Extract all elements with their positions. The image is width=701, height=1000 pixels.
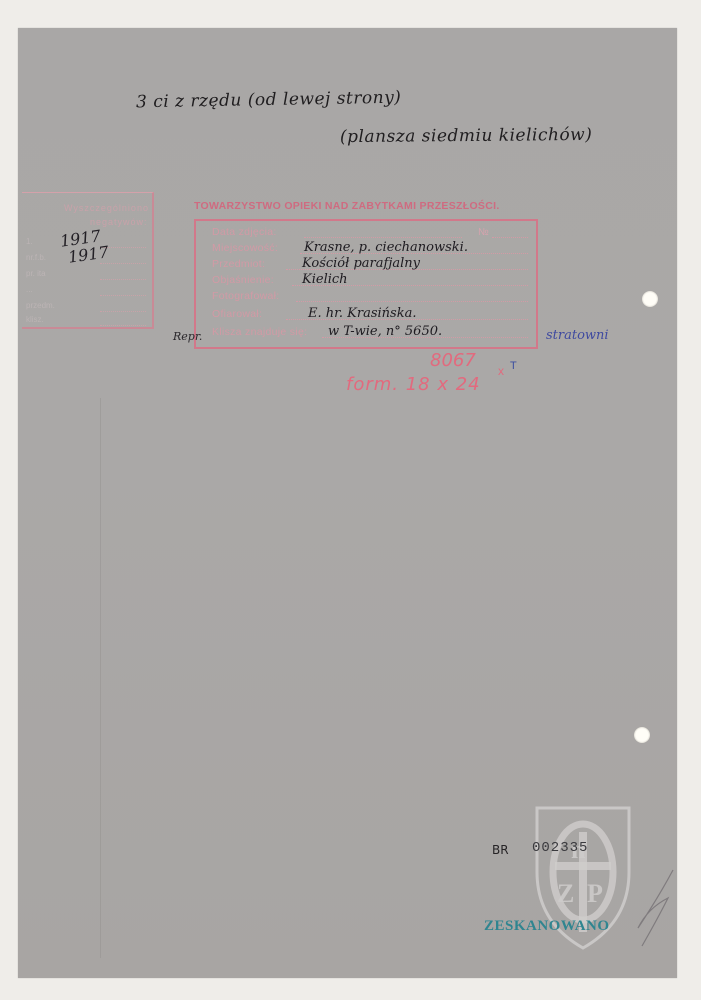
format-note: form. 18 x 24 [346,374,481,395]
punch-hole [634,727,650,743]
margin-line [100,398,101,958]
blue-note: stratowni [546,328,609,343]
field-label: Miejscowość: [212,242,278,254]
negatives-row-label: 1. [26,237,33,246]
field-value: Krasne, p. ciechanowski. [304,240,468,255]
handwritten-note-line-2: (plansza siedmiu kielichów) [340,125,593,147]
field-donor: Ofiarował: E. hr. Krasińska. [212,305,532,322]
field-label: Klisza znajduje się: [212,326,307,338]
field-location: Miejscowość: Krasne, p. ciechanowski. [212,239,532,256]
negatives-row: klisz. [26,315,146,329]
field-value: E. hr. Krasińska. [308,306,417,321]
field-label: Przedmiot: [212,258,265,270]
negatives-row-label: nr.f.b. [26,253,46,262]
document-page: 3 ci z rzędu (od lewej strony) (plansza … [18,28,677,978]
field-value: Kościół parafjalny [302,256,420,271]
number-label: № [478,227,489,238]
field-value: Kielich [302,272,348,287]
negatives-row-label: pr. ita [26,269,46,278]
field-subject: Przedmiot: Kościół parafjalny [212,255,532,272]
negatives-row: pr. ita [26,269,146,283]
negatives-row: przedm. [26,301,146,315]
svg-text:P: P [587,879,603,908]
negatives-stamp-title-1: Wyszczególniono [64,203,149,213]
field-photo-date: Data zdjęcia: № [212,223,532,240]
field-label: Objaśnienie: [212,274,274,286]
red-cross-mark: x [498,364,504,378]
field-explanation: Objaśnienie: Kielich [212,271,532,288]
br-number: 002335 [532,840,588,856]
field-photographer: Fotografował: [212,287,532,304]
society-heading: TOWARZYSTWO OPIEKI NAD ZABYTKAMI PRZESZŁ… [194,200,500,212]
repr-note: Repr. [173,330,202,343]
punch-hole [642,291,658,307]
handwritten-note-line-1: 3 ci z rzędu (od lewej strony) [136,88,402,113]
field-negative-location: Klisza znajduje się: w T-wie, n° 5650. [212,323,532,340]
negatives-row-label: przedm. [26,301,55,310]
field-label: Data zdjęcia: [212,226,277,238]
negatives-stamp: Wyszczególniono negatywów: 1. nr.f.b. pr… [22,192,154,329]
field-label: Fotografował: [212,290,280,302]
svg-text:Z: Z [557,879,574,908]
field-label: Ofiarował: [212,308,262,320]
blue-t-mark: T [510,360,517,372]
negatives-row-label: klisz. [26,315,44,324]
photo-record-stamp: Data zdjęcia: № Miejscowość: Krasne, p. … [194,219,538,349]
field-value: w T-wie, n° 5650. [328,324,442,339]
negatives-row: ... [26,285,146,299]
negatives-row-label: ... [26,285,33,294]
scanned-stamp: ZESKANOWANO [484,918,610,935]
br-label: BR [492,843,509,857]
signature-icon [628,868,678,948]
inventory-number: 8067 [430,350,476,371]
